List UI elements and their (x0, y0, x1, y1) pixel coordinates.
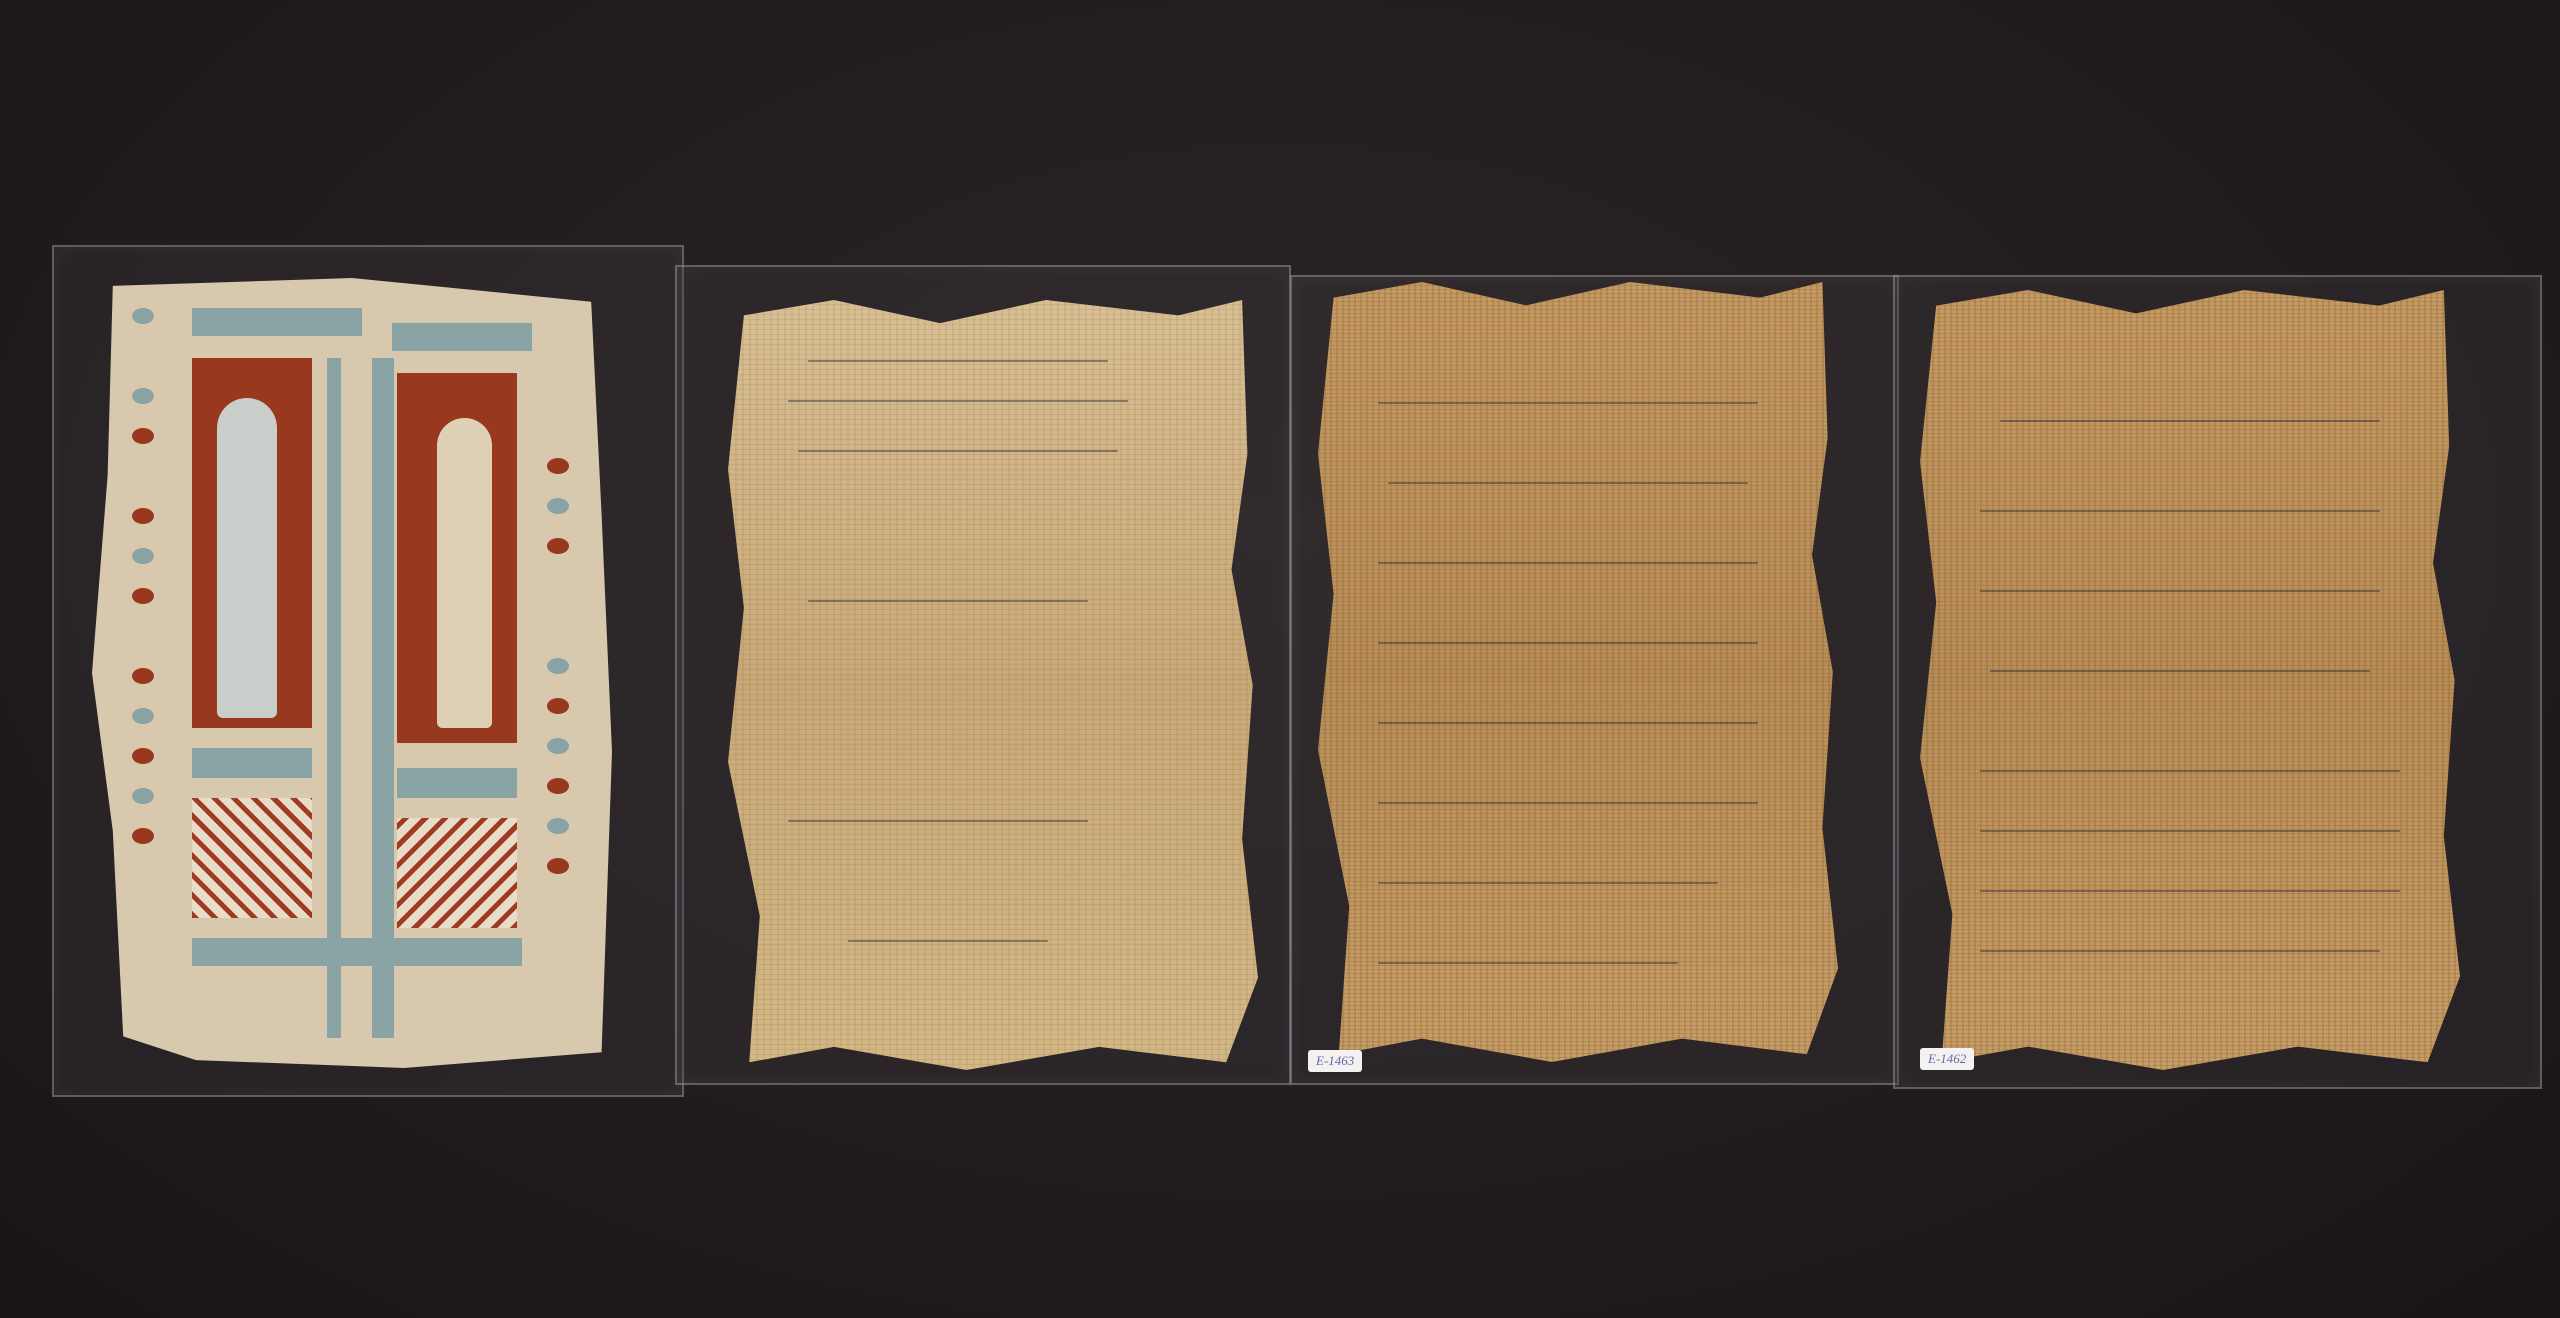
bead-dot (547, 538, 569, 554)
bead-dot (132, 388, 154, 404)
bead-dot (132, 428, 154, 444)
bead-dot (547, 818, 569, 834)
bead-dot (547, 498, 569, 514)
blue-band (192, 308, 362, 336)
text-line (1378, 882, 1718, 884)
bead-dot (547, 738, 569, 754)
text-line (1980, 510, 2380, 512)
blue-band (397, 768, 517, 798)
catalog-label-2: E-1462 (1920, 1048, 1974, 1070)
text-line (798, 450, 1118, 452)
bead-dot (132, 828, 154, 844)
blue-band (192, 938, 522, 966)
text-line (1378, 562, 1758, 564)
text-line (808, 360, 1108, 362)
bead-dot (547, 778, 569, 794)
papyrus-3 (1920, 290, 2460, 1070)
text-line (1378, 722, 1758, 724)
text-line (808, 600, 1088, 602)
bead-dot (547, 698, 569, 714)
blue-band (392, 323, 532, 351)
bead-dot (547, 858, 569, 874)
painted-cartonnage (92, 278, 612, 1068)
bead-dot (547, 658, 569, 674)
text-line (848, 940, 1048, 942)
figure-right (437, 418, 492, 728)
catalog-label-1: E-1463 (1308, 1050, 1362, 1072)
bead-dot (132, 588, 154, 604)
text-line (788, 400, 1128, 402)
text-line (1388, 482, 1748, 484)
text-line (1980, 590, 2380, 592)
bead-dot (132, 708, 154, 724)
text-line (1378, 402, 1758, 404)
lattice-panel-left (192, 798, 312, 918)
bead-dot (132, 668, 154, 684)
text-line (1980, 830, 2400, 832)
text-line (1378, 962, 1678, 964)
text-line (1990, 670, 2370, 672)
bead-dot (132, 508, 154, 524)
text-line (1378, 642, 1758, 644)
bead-dot (132, 308, 154, 324)
center-blue-column (327, 358, 341, 1038)
bead-dot (132, 748, 154, 764)
papyrus-1 (728, 300, 1258, 1070)
text-line (1980, 770, 2400, 772)
text-line (2000, 420, 2380, 422)
lattice-panel-right (397, 818, 517, 928)
blue-band (192, 748, 312, 778)
bead-dot (547, 458, 569, 474)
text-line (788, 820, 1088, 822)
center-blue-column (372, 358, 394, 1038)
bead-dot (132, 788, 154, 804)
bead-dot (132, 548, 154, 564)
text-line (1980, 890, 2400, 892)
figure-left (217, 398, 277, 718)
text-line (1980, 950, 2380, 952)
papyrus-2 (1318, 282, 1838, 1062)
text-line (1378, 802, 1758, 804)
